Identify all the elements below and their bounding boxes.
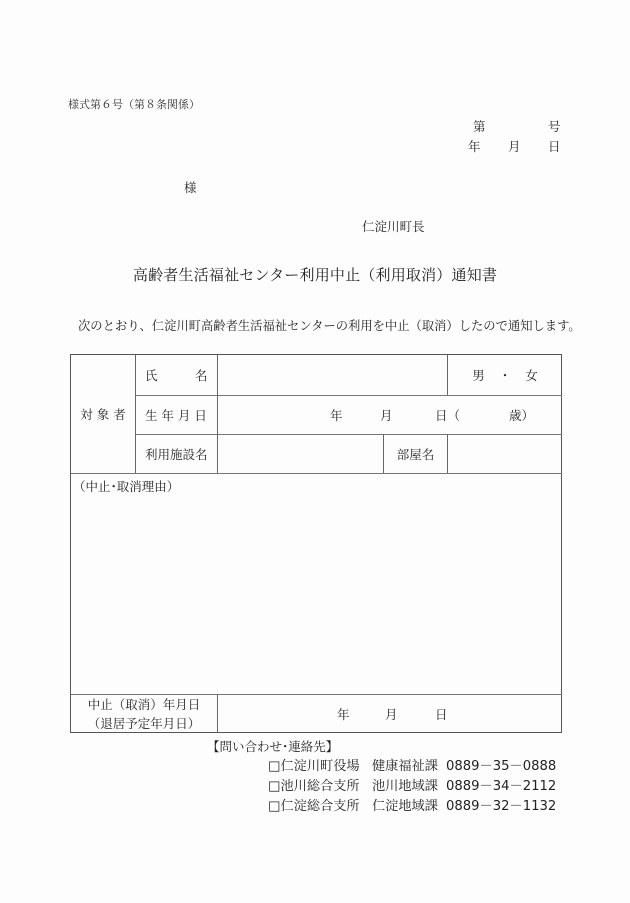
doc-number-suffix: 号 — [548, 117, 561, 135]
lead-text: 次のとおり、仁淀川町高齢者生活福祉センターの利用を中止（取消）したので通知します… — [78, 316, 581, 334]
contact-phone[interactable]: 0889－34－2112 — [446, 775, 556, 794]
issuer: 仁淀川町長 — [362, 217, 425, 235]
contact-office: □仁淀総合支所 — [268, 795, 360, 814]
room-label: 部屋名 — [384, 434, 447, 473]
dob-year: 年 — [330, 406, 343, 424]
doc-number-prefix: 第 — [473, 117, 486, 135]
contact-section: 健康福祉課 — [372, 755, 438, 774]
stop-year: 年 — [337, 705, 350, 723]
reason-field[interactable]: （中止･取消理由） — [73, 474, 562, 694]
contact-phone[interactable]: 0889－35－0888 — [446, 755, 556, 774]
addressee-suffix: 様 — [184, 178, 197, 196]
form-number: 様式第６号（第８条関係） — [68, 96, 200, 112]
document-title: 高齢者生活福祉センター利用中止（利用取消）通知書 — [0, 264, 630, 285]
subject-label: 対 象 者 — [71, 355, 135, 473]
dob-day: 日（ — [435, 406, 460, 424]
gender-male[interactable]: 男 — [472, 366, 485, 384]
name-label: 氏 名 — [145, 355, 211, 395]
facility-label: 利用施設名 — [145, 434, 217, 473]
contact-office: □仁淀川町役場 — [268, 755, 360, 774]
contact-section: 仁淀地域課 — [372, 795, 438, 814]
doc-date-month: 月 — [508, 137, 521, 155]
stop-date-label: 中止（取消）年月日 （退居予定年月日） — [71, 695, 217, 733]
dob-month: 月 — [380, 406, 393, 424]
dob-field[interactable]: 年 月 日（ 歳） — [218, 395, 562, 434]
dob-label: 生 年 月 日 — [145, 395, 217, 434]
stop-date-label-line2: （退居予定年月日） — [88, 714, 201, 733]
contact-office: □池川総合支所 — [268, 775, 360, 794]
dob-age: 歳） — [509, 406, 534, 424]
name-field[interactable] — [218, 355, 447, 395]
gender-separator: ・ — [499, 366, 512, 384]
contact-phone[interactable]: 0889－32－1132 — [446, 795, 556, 814]
stop-month: 月 — [385, 705, 398, 723]
notice-table: 対 象 者 氏 名 男 ・ 女 生 年 月 日 年 月 日（ 歳） 利用施設名 … — [70, 354, 562, 733]
contact-section: 池川地域課 — [372, 775, 438, 794]
gender-female[interactable]: 女 — [525, 366, 538, 384]
stop-date-label-line1: 中止（取消）年月日 — [88, 695, 201, 714]
contacts-heading: 【問い合わせ･連絡先】 — [207, 737, 338, 755]
doc-date-day: 日 — [548, 137, 561, 155]
stop-day: 日 — [435, 705, 448, 723]
reason-label: （中止･取消理由） — [73, 477, 179, 495]
doc-date-year: 年 — [468, 137, 481, 155]
gender-field[interactable]: 男 ・ 女 — [448, 355, 562, 395]
stop-date-field[interactable]: 年 月 日 — [218, 695, 562, 733]
facility-field[interactable] — [218, 434, 383, 473]
col-divider — [135, 355, 136, 473]
room-field[interactable] — [448, 434, 562, 473]
